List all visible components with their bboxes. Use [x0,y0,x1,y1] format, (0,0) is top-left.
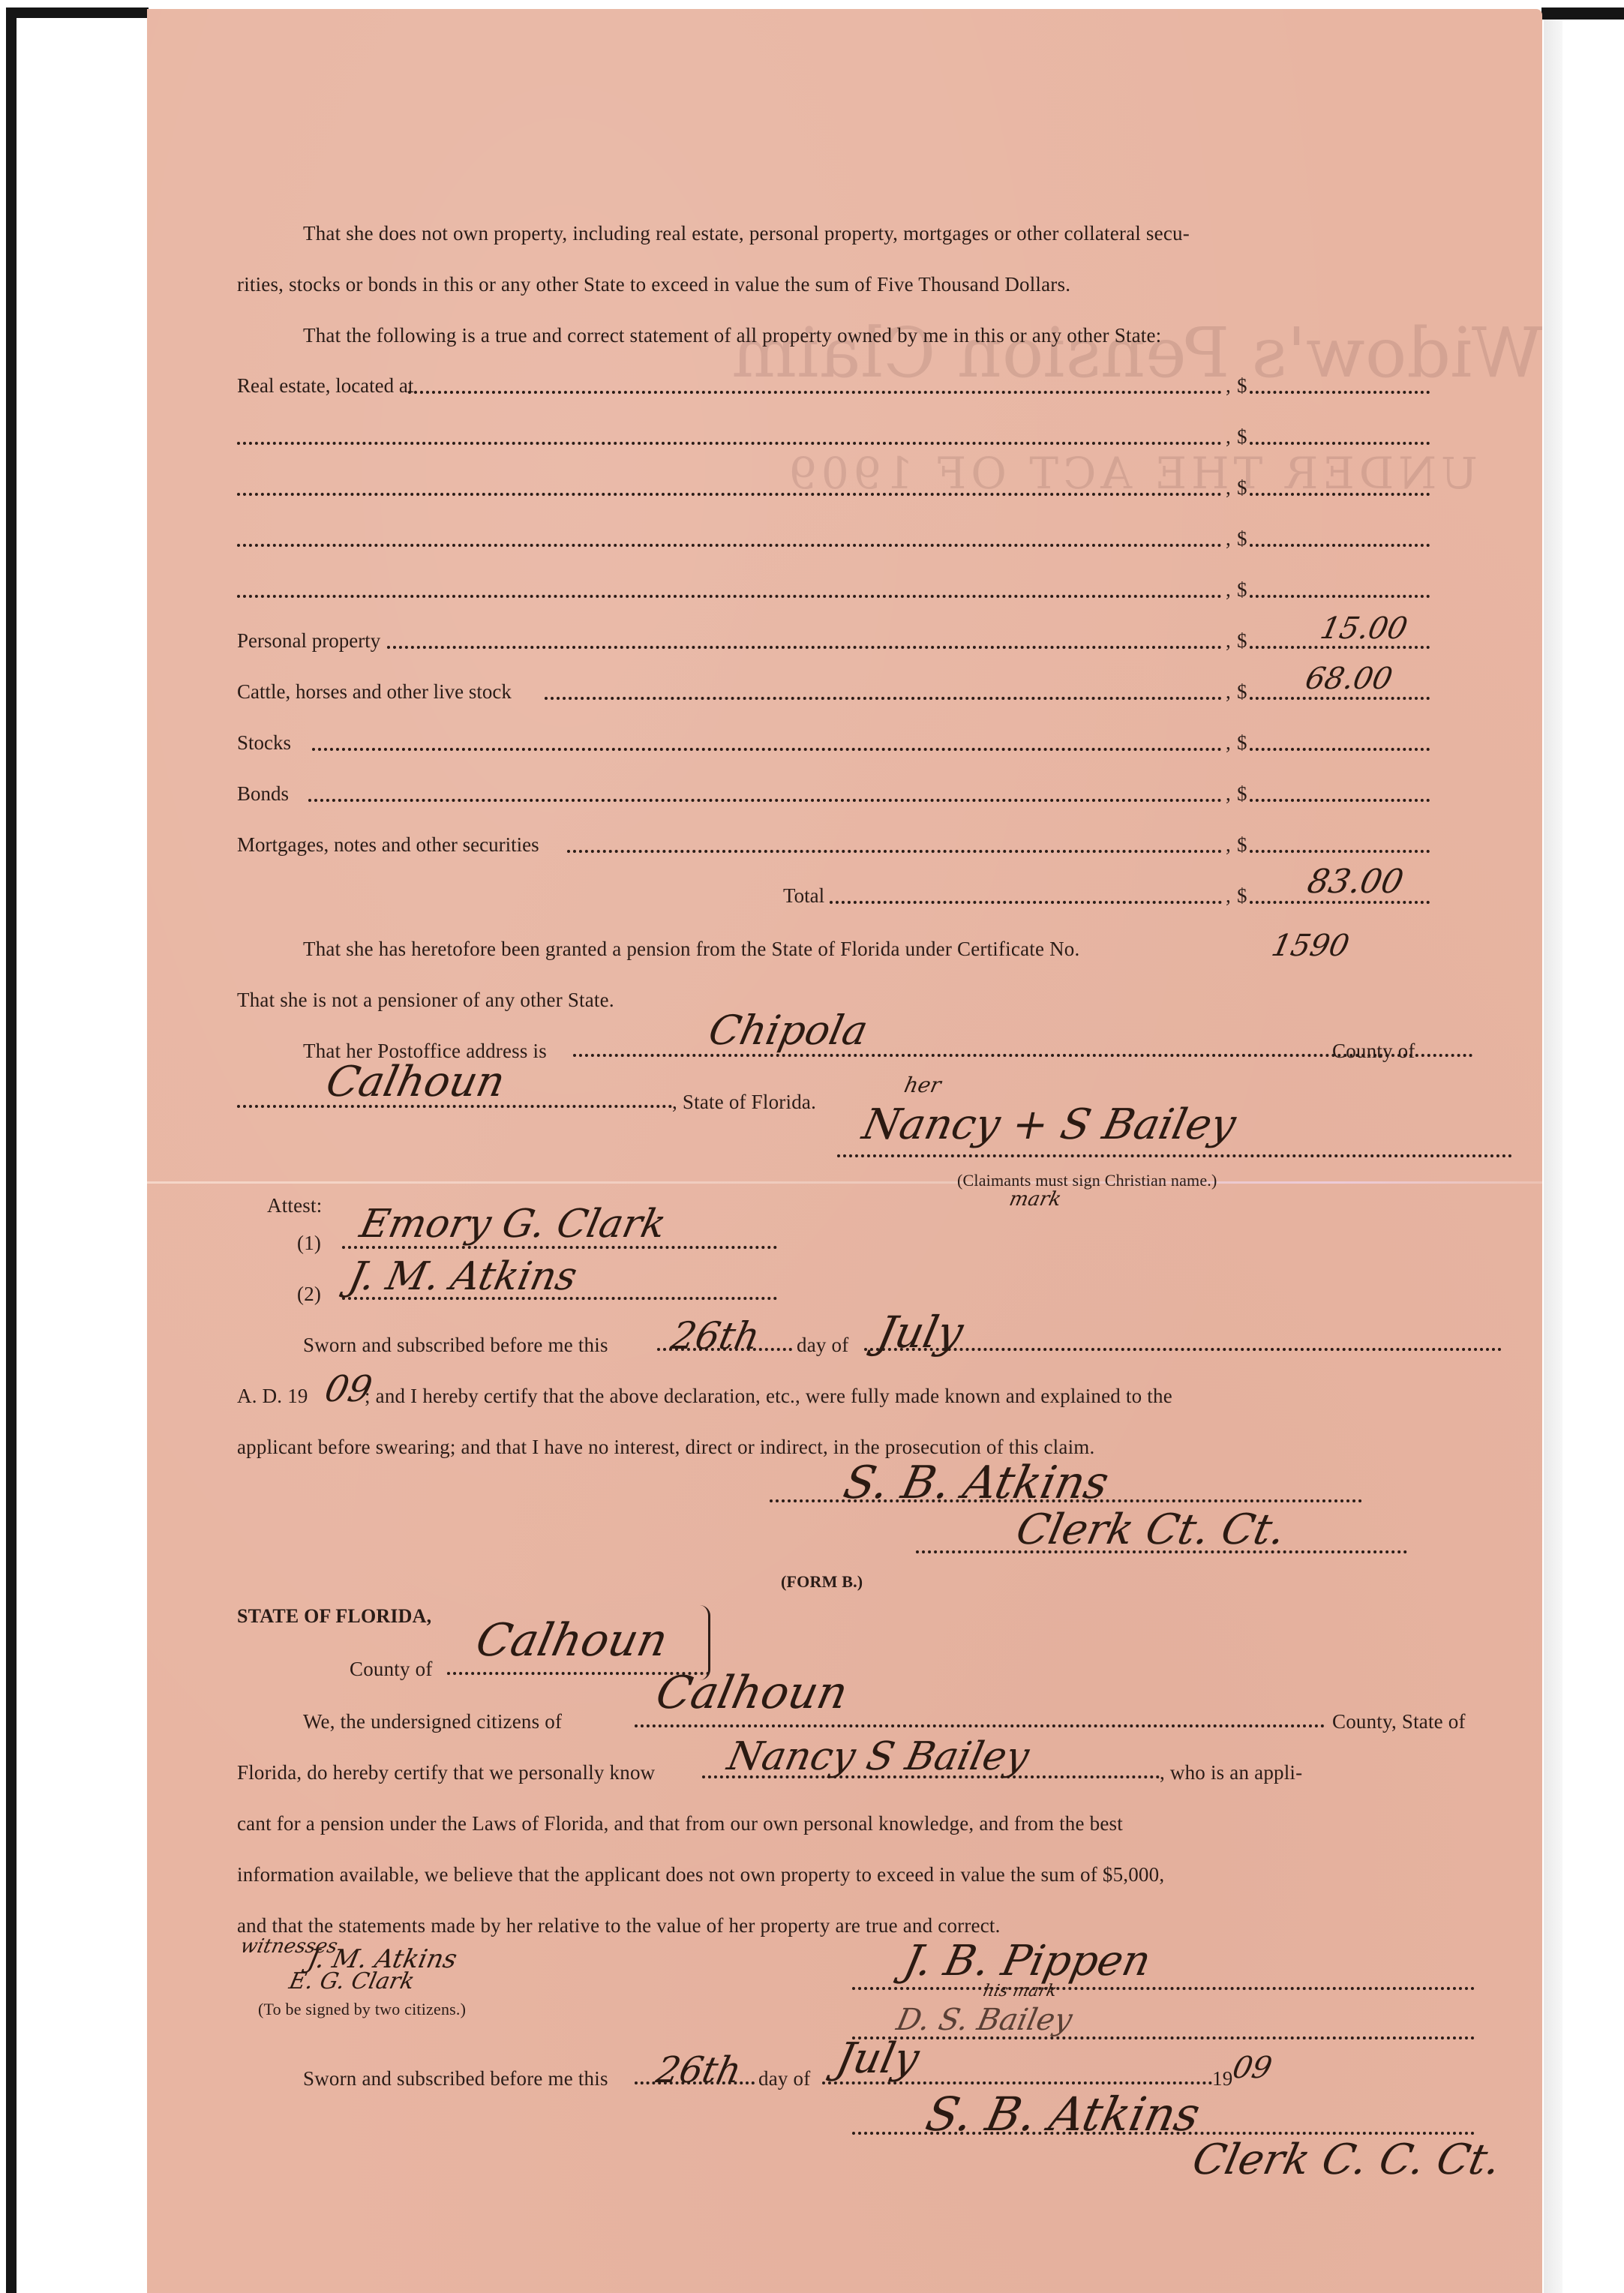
ad-prefix: A. D. 19 [237,1383,308,1409]
document-page: Widow's Pension Claim UNDER THE ACT OF 1… [147,9,1542,2293]
signer-1-mark: his mark [981,1982,1058,2000]
personal-property-value: 15.00 [1317,611,1410,646]
property-row-total: Total , $ [237,884,1430,910]
official-signature: S. B. Atkins [839,1457,1114,1509]
applicant-suffix: , who is an appli- [1160,1760,1302,1785]
witness-1-signature: Emory G. Clark [356,1202,671,1247]
signer-1-signature: J. B. Pippen [899,1937,1155,1985]
property-label: Real estate, located at [237,374,413,398]
form-b-witness-2: E. G. Clark [287,1968,416,1994]
form-b-body-3: and that the statements made by her rela… [237,1913,1001,1938]
property-row-personal: Personal property , $ [237,629,1430,655]
citizens-text: We, the undersigned citizens of [303,1709,562,1734]
claimant-note: (Claimants must sign Christian name.) [957,1168,1217,1193]
claimant-her: her [902,1073,943,1097]
form-b-sworn-month: July [832,2034,923,2083]
form-b-official-title: Clerk C. C. Ct. [1188,2135,1505,2184]
property-row-blank-4: , $ [237,578,1430,604]
state-of-florida-label: , State of Florida. [672,1089,816,1115]
form-b-county-label: County of [350,1656,433,1682]
attest-label: Attest: [267,1193,322,1218]
property-row-bonds: Bonds , $ [237,782,1430,808]
form-b-sworn-day: 26th [653,2049,745,2091]
certify-text: ; and I hereby certify that the above de… [365,1383,1172,1409]
claimant-signature: Nancy + S Bailey [858,1100,1240,1149]
signer-note: (To be signed by two citizens.) [258,1997,466,2022]
county-state-of-label: County, State of [1332,1709,1466,1734]
form-b-year-hand: 09 [1229,2051,1275,2085]
scanner-frame-left [6,8,17,2293]
citizens-county-value: Calhoun [652,1667,853,1719]
form-b-sworn-text: Sworn and subscribed before me this [303,2066,608,2091]
declaration-para2: That the following is a true and correct… [303,323,1161,348]
sworn-text: Sworn and subscribed before me this [303,1332,608,1358]
certificate-number: 1590 [1268,929,1352,963]
fold-crease [147,1181,1542,1184]
witness-2-number: (2) [297,1281,321,1307]
declaration-para1-line2: rities, stocks or bonds in this or any o… [237,272,1070,297]
form-b-official-signature: S. B. Atkins [921,2087,1205,2141]
form-b-day-of-label: day of [758,2066,810,2091]
declaration-para1-line1: That she does not own property, includin… [303,221,1190,246]
form-b-year-printed: 19 [1212,2066,1232,2091]
form-b-county-value: Calhoun [472,1614,673,1667]
livestock-value: 68.00 [1302,662,1395,696]
sworn-day: 26th [668,1314,764,1358]
state-of-florida-heading: STATE OF FLORIDA, [237,1604,431,1629]
property-row-real-estate: Real estate, located at , $ [237,374,1430,400]
property-row-mortgages: Mortgages, notes and other securities , … [237,833,1430,859]
total-value: 83.00 [1304,863,1407,901]
certificate-text: That she has heretofore been granted a p… [303,936,1079,962]
signer-2-signature: D. S. Bailey [893,2003,1075,2037]
witness-2-signature: J. M. Atkins [345,1254,581,1299]
county-value: Calhoun [322,1058,509,1106]
know-text: Florida, do hereby certify that we perso… [237,1760,655,1785]
official-title: Clerk Ct. Ct. [1012,1505,1289,1554]
form-b-heading: (FORM B.) [781,1569,863,1595]
claimant-mark: mark [1007,1188,1064,1211]
applicant-name: Nancy S Bailey [724,1734,1034,1779]
dollar-sign: $ [1237,374,1247,398]
form-b-body-2: information available, we believe that t… [237,1862,1164,1887]
scanner-frame-top-right [1541,8,1624,20]
certify-text-2: applicant before swearing; and that I ha… [237,1434,1094,1460]
form-b-body-1: cant for a pension under the Laws of Flo… [237,1811,1123,1836]
property-row-blank-2: , $ [237,476,1430,502]
county-of-label: County of [1332,1038,1415,1064]
not-pensioner-text: That she is not a pensioner of any other… [237,987,614,1013]
property-row-livestock: Cattle, horses and other live stock , $ [237,680,1430,706]
sworn-month: July [873,1307,968,1358]
plastic-sleeve-edge [1544,20,1562,2293]
witness-1-number: (1) [297,1230,321,1256]
day-of-label: day of [797,1332,848,1358]
scanner-frame-top [6,8,149,18]
property-row-blank-3: , $ [237,527,1430,553]
property-row-stocks: Stocks , $ [237,731,1430,757]
postoffice-value: Chipola [704,1007,872,1054]
property-row-blank-1: , $ [237,425,1430,451]
